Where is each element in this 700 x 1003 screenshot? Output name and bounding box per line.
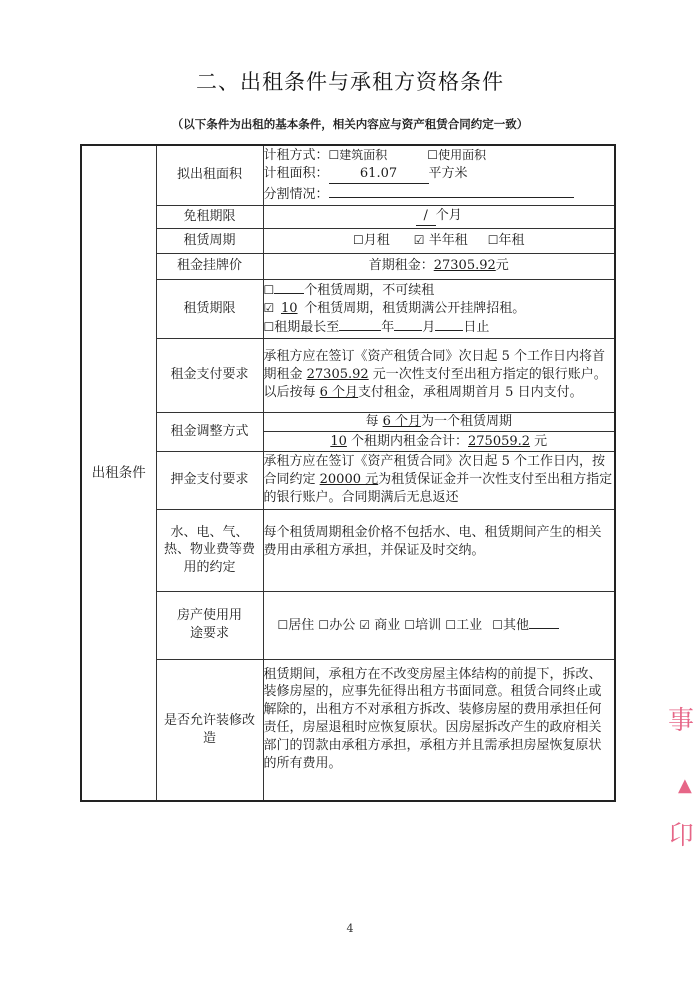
checkbox-monthly[interactable]: ☐	[353, 233, 364, 247]
free-rent-unit: 个月	[436, 208, 462, 223]
listing-price-cell: 首期租金：27305.92元	[263, 253, 615, 279]
row-label: 房产使用用途要求	[156, 591, 263, 659]
adjust-count: 10	[330, 434, 347, 449]
method-label: 计租方式：	[264, 148, 329, 163]
adjust-text: 个租期内租金合计：	[347, 434, 468, 449]
seal-stamp-fragment: 事	[668, 700, 700, 737]
utilities-cell: 每个租赁周期租金价格不包括水、电、租赁期间产生的相关费用由承租方承担，并保证及时…	[263, 509, 615, 591]
term-cell: ☐个租赁周期，不可续租 ☑10个租赁周期，租赁期满公开挂牌招租。 ☐租期最长至年…	[263, 279, 615, 338]
row-renovation: 是否允许装修改造 租赁期间，承租方在不改变房屋主体结构的前提下，拆改、装修房屋的…	[81, 659, 615, 801]
row-label: 租金挂牌价	[156, 253, 263, 279]
rent-payment-cell: 承租方应在签订《资产租赁合同》次日起 5 个工作日内将首期租金 27305.92…	[263, 338, 615, 412]
checkbox-term-nonrenew[interactable]: ☐	[264, 283, 275, 297]
other-usage-blank[interactable]	[529, 615, 559, 629]
option-training: 培训	[415, 618, 441, 633]
option-half-year: 半年租	[425, 233, 468, 248]
option-monthly: 月租	[364, 233, 390, 248]
area-unit: 平方米	[429, 166, 468, 181]
term-nonrenew-text: 个租赁周期，不可续租	[304, 283, 434, 298]
option-industrial: 工业	[456, 618, 482, 633]
checkbox-term-cycles[interactable]: ☑	[264, 301, 275, 315]
option-commercial: 商业	[370, 618, 400, 633]
area-label: 计租面积：	[264, 166, 329, 181]
cycle-cell: ☐月租☑ 半年租☐年租	[263, 228, 615, 253]
option-office: 办公	[329, 618, 355, 633]
page-title: 二、出租条件与承租方资格条件	[0, 66, 700, 96]
page-number: 4	[0, 922, 700, 935]
row-deposit: 押金支付要求 承租方应在签订《资产租赁合同》次日起 5 个工作日内，按合同约定 …	[81, 451, 615, 509]
category-cell: 出租条件	[81, 145, 156, 801]
term-nonrenew-blank[interactable]	[274, 280, 304, 294]
checkbox-half-year[interactable]: ☑	[414, 233, 425, 247]
term-option-3: ☐租期最长至年月日止	[264, 317, 615, 337]
split-line: 分割情况：	[264, 184, 615, 204]
rent-payment-period: 6 个月	[320, 385, 358, 400]
row-label: 租赁期限	[156, 279, 263, 338]
area-value-cell: 计租方式：☐建筑面积☐使用面积 计租面积：61.07平方米 分割情况：	[263, 145, 615, 205]
seal-stamp-fragment: ▲	[678, 775, 700, 796]
checkbox-other[interactable]: ☐	[492, 618, 503, 632]
rent-payment-text: 支付租金，承租周期首月 5 日内支付。	[358, 385, 583, 400]
term-year-label: 年	[381, 320, 394, 335]
term-option-1: ☐个租赁周期，不可续租	[264, 280, 615, 300]
option-building-area: 建筑面积	[339, 148, 387, 162]
row-listing-price: 租金挂牌价 首期租金：27305.92元	[81, 253, 615, 279]
row-term: 租赁期限 ☐个租赁周期，不可续租 ☑10个租赁周期，租赁期满公开挂牌招租。 ☐租…	[81, 279, 615, 338]
free-rent-cell: /个月	[263, 205, 615, 228]
row-label: 押金支付要求	[156, 451, 263, 509]
checkbox-training[interactable]: ☐	[404, 618, 415, 632]
row-label: 免租期限	[156, 205, 263, 228]
category-label: 出租条件	[92, 465, 146, 481]
checkbox-usable-area[interactable]: ☐	[427, 148, 438, 162]
checkbox-residential[interactable]: ☐	[278, 618, 289, 632]
checkbox-office[interactable]: ☐	[318, 618, 329, 632]
row-label: 拟出租面积	[156, 145, 263, 205]
term-day-label: 日止	[463, 320, 489, 335]
term-cycle-count: 10	[274, 300, 304, 318]
row-usage: 房产使用用途要求 ☐居住 ☐办公 ☑ 商业 ☐培训 ☐工业 ☐其他	[81, 591, 615, 659]
adjust-unit: 元	[530, 434, 547, 449]
checkbox-term-max[interactable]: ☐	[264, 320, 275, 334]
area-line: 计租面积：61.07平方米	[264, 165, 615, 184]
method-line: 计租方式：☐建筑面积☐使用面积	[264, 147, 615, 165]
term-cycles-text: 个租赁周期，租赁期满公开挂牌招租。	[304, 301, 525, 316]
page-subtitle: （以下条件为出租的基本条件，相关内容应与资产租赁合同约定一致）	[0, 116, 700, 132]
rent-adjust-cell: 每 6 个月为一个租赁周期 10 个租期内租金合计：275059.2 元	[263, 412, 615, 451]
checkbox-yearly[interactable]: ☐	[488, 233, 499, 247]
adjust-total: 275059.2	[468, 434, 530, 449]
listing-price-prefix: 首期租金：	[369, 258, 434, 273]
option-other: 其他	[503, 618, 529, 633]
term-month-label: 月	[422, 320, 435, 335]
area-value[interactable]: 61.07	[329, 165, 429, 184]
rental-conditions-table: 出租条件 拟出租面积 计租方式：☐建筑面积☐使用面积 计租面积：61.07平方米…	[80, 144, 616, 802]
term-year-blank[interactable]	[339, 317, 381, 331]
usage-cell: ☐居住 ☐办公 ☑ 商业 ☐培训 ☐工业 ☐其他	[263, 591, 615, 659]
term-option-2: ☑10个租赁周期，租赁期满公开挂牌招租。	[264, 300, 615, 318]
deposit-cell: 承租方应在签订《资产租赁合同》次日起 5 个工作日内，按合同约定 20000 元…	[263, 451, 615, 509]
seal-stamp-fragment: 卬	[668, 815, 700, 852]
row-rent-adjust: 租金调整方式 每 6 个月为一个租赁周期 10 个租期内租金合计：275059.…	[81, 412, 615, 451]
term-day-blank[interactable]	[435, 317, 463, 331]
option-yearly: 年租	[498, 233, 524, 248]
listing-price-amount: 27305.92	[434, 258, 496, 273]
row-free-rent: 免租期限 /个月	[81, 205, 615, 228]
split-label: 分割情况：	[264, 187, 329, 202]
listing-price-unit: 元	[496, 258, 509, 273]
rent-payment-amount: 27305.92	[307, 367, 369, 382]
row-label: 租金支付要求	[156, 338, 263, 412]
row-utilities: 水、电、气、热、物业费等费用的约定 每个租赁周期租金价格不包括水、电、租赁期间产…	[81, 509, 615, 591]
adjust-prefix: 每	[365, 414, 382, 429]
row-label: 租金调整方式	[156, 412, 263, 451]
term-max-prefix: 租期最长至	[274, 320, 339, 335]
deposit-amount: 20000 元	[320, 472, 379, 487]
checkbox-industrial[interactable]: ☐	[445, 618, 456, 632]
term-month-blank[interactable]	[394, 317, 422, 331]
split-value[interactable]	[329, 184, 574, 198]
free-rent-value[interactable]: /	[416, 207, 436, 226]
row-label: 是否允许装修改造	[156, 659, 263, 801]
row-cycle: 租赁周期 ☐月租☑ 半年租☐年租	[81, 228, 615, 253]
option-residential: 居住	[288, 618, 314, 633]
checkbox-building-area[interactable]: ☐	[329, 148, 340, 162]
row-label: 水、电、气、热、物业费等费用的约定	[156, 509, 263, 591]
row-area: 出租条件 拟出租面积 计租方式：☐建筑面积☐使用面积 计租面积：61.07平方米…	[81, 145, 615, 205]
adjust-period: 6 个月	[383, 414, 421, 429]
rent-adjust-line-1: 每 6 个月为一个租赁周期	[264, 413, 615, 431]
adjust-suffix: 为一个租赁周期	[421, 414, 512, 429]
rent-adjust-line-2: 10 个租期内租金合计：275059.2 元	[264, 431, 615, 451]
row-rent-payment: 租金支付要求 承租方应在签订《资产租赁合同》次日起 5 个工作日内将首期租金 2…	[81, 338, 615, 412]
checkbox-commercial[interactable]: ☑	[359, 618, 370, 632]
option-usable-area: 使用面积	[438, 148, 486, 162]
row-label: 租赁周期	[156, 228, 263, 253]
renovation-cell: 租赁期间，承租方在不改变房屋主体结构的前提下，拆改、装修房屋的，应事先征得出租方…	[263, 659, 615, 801]
